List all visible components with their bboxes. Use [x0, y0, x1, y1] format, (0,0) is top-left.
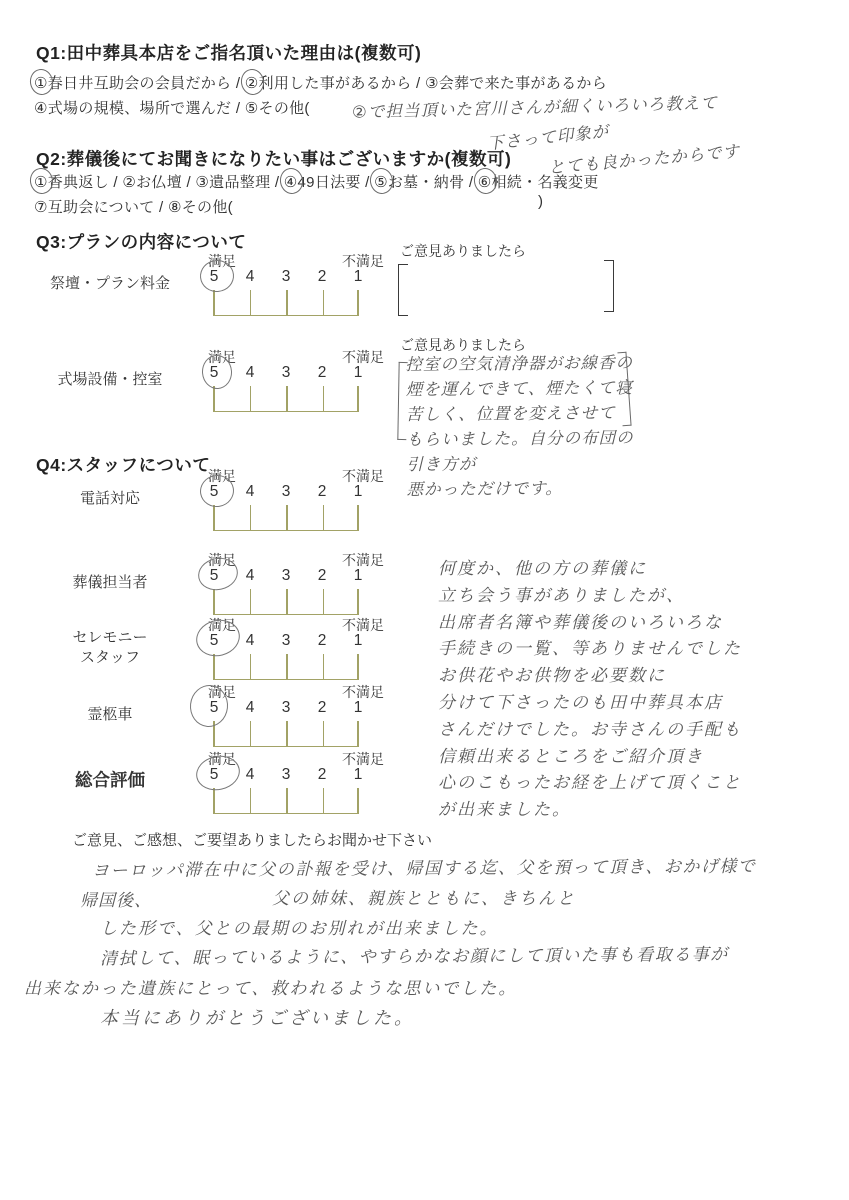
rating-scale: 満足 不満足 54321 [196, 766, 376, 828]
rating-label: 電話対応 [30, 489, 190, 509]
survey-page: Q1:田中葬具本店をご指名頂いた理由は(複数可) ①春日井互助会の会員だから /… [0, 0, 849, 1200]
scale-number: 4 [232, 268, 268, 286]
option-label: 式場の規模、場所で選んだ [48, 100, 232, 117]
option-label: 互助会について [48, 199, 155, 216]
option-number: ④ [34, 99, 48, 117]
scale-number: 3 [268, 766, 304, 784]
q2-options-row1: ①香典返し / ②お仏壇 / ③遺品整理 / ④49日法要 / ⑤お墓・納骨 /… [34, 171, 599, 192]
option-separator: / [155, 199, 168, 216]
rating-label: セレモニー スタッフ [30, 628, 190, 668]
option-separator: / [412, 75, 425, 92]
option-label: お仏壇 [136, 174, 182, 191]
option-number: ① [34, 74, 48, 92]
scale-number: 3 [268, 699, 304, 717]
option-number: ⑦ [34, 198, 48, 216]
handwritten-note: ②で担当頂いた宮川さんが細くいろいろ教えて [352, 91, 718, 126]
scale-number: 2 [304, 766, 340, 784]
rating-row: 電話対応 満足 不満足 54321 [30, 483, 450, 545]
footer-handwritten-line: 本当にありがとうございました。 [100, 1006, 415, 1031]
option-number: ④ [284, 173, 298, 191]
scale-number: 2 [304, 268, 340, 286]
option-label: 会葬で来た事があるから [439, 75, 607, 92]
option-label: 利用した事があるから [259, 75, 412, 92]
scale-comb [213, 290, 359, 316]
scale-number: 1 [340, 567, 376, 585]
rating-label: 祭壇・プラン料金 [30, 274, 190, 294]
option-separator: / [109, 174, 122, 191]
option-separator: / [231, 100, 244, 117]
option-separator: / [182, 174, 195, 191]
option-label: その他( [182, 199, 233, 216]
option-number: ② [245, 74, 259, 92]
scale-comb [213, 788, 359, 814]
scale-number: 2 [304, 364, 340, 382]
footer-handwritten-line: 父の姉妹、親族とともに、きちんと [272, 886, 576, 911]
rating-row: セレモニー スタッフ 満足 不満足 54321 [30, 632, 450, 694]
option-label: 遺品整理 [209, 174, 270, 191]
option-label: 香典返し [48, 174, 109, 191]
footer-handwritten-line: 出来なかった遺族にとって、救われるような思いでした。 [24, 976, 517, 1001]
option-label: 春日井互助会の会員だから [48, 75, 232, 92]
scale-number: 2 [304, 567, 340, 585]
footer-handwritten-line: ヨーロッパ滞在中に父の訃報を受け、帰国する迄、父を預って頂き、おかげ様で [92, 854, 756, 884]
scale-number: 3 [268, 567, 304, 585]
scale-number: 1 [340, 483, 376, 501]
rating-scale: 満足 不満足 54321 [196, 483, 376, 545]
option-label: お墓・納骨 [388, 174, 465, 191]
scale-number: 3 [268, 268, 304, 286]
option-number: ⑤ [374, 173, 388, 191]
footer-handwritten-line: 帰国後、 [80, 888, 152, 913]
rating-label: 式場設備・控室 [30, 370, 190, 390]
scale-number: 1 [340, 268, 376, 286]
scale-number: 4 [232, 699, 268, 717]
q4-title: Q4:スタッフについて [36, 452, 210, 477]
footer-handwritten-line: 清拭して、眠っているように、やすらかなお顔にして頂いた事も看取る事が [100, 942, 729, 971]
rating-row: 式場設備・控室 満足 不満足 54321 [30, 364, 450, 426]
option-number: ① [34, 173, 48, 191]
footer-handwritten-line: した形で、父との最期のお別れが出来ました。 [100, 916, 499, 941]
option-label: その他( [259, 100, 310, 117]
scale-comb [213, 654, 359, 680]
q1-options-row1: ①春日井互助会の会員だから / ②利用した事があるから / ③会葬で来た事がある… [34, 72, 607, 93]
rating-row: 祭壇・プラン料金 満足 不満足 54321 [30, 268, 450, 330]
scale-comb [213, 589, 359, 615]
option-number: ⑤ [245, 99, 259, 117]
scale-number: 3 [268, 364, 304, 382]
scale-number: 2 [304, 699, 340, 717]
scale-number: 2 [304, 483, 340, 501]
option-label: 相続・名義変更 [492, 174, 599, 191]
rating-scale: 満足 不満足 54321 [196, 364, 376, 426]
comment-label: ご意見ありましたら [400, 241, 526, 261]
option-number: ⑧ [168, 198, 182, 216]
close-paren: ) [538, 193, 543, 210]
rating-label: 総合評価 [30, 770, 190, 790]
q2-title: Q2:葬儀後にてお聞きになりたい事はございますか(複数可) [36, 146, 511, 171]
rating-scale: 満足 不満足 54321 [196, 268, 376, 330]
rating-row: 葬儀担当者 満足 不満足 54321 [30, 567, 450, 629]
comment-bracket-right [604, 260, 614, 312]
scale-comb [213, 505, 359, 531]
q1-title: Q1:田中葬具本店をご指名頂いた理由は(複数可) [36, 40, 421, 65]
option-number: ③ [425, 74, 439, 92]
option-number: ③ [195, 173, 209, 191]
rating-row: 霊柩車 満足 不満足 54321 [30, 699, 450, 761]
q1-options-row2: ④式場の規模、場所で選んだ / ⑤その他( [34, 97, 310, 118]
scale-comb [213, 386, 359, 412]
rating-row: 総合評価 満足 不満足 54321 [30, 766, 450, 828]
rating-label: 霊柩車 [30, 705, 190, 725]
option-number: ② [122, 173, 136, 191]
scale-number: 1 [340, 364, 376, 382]
rating-label: 葬儀担当者 [30, 573, 190, 593]
handwritten-note: 何度か、他の方の葬儀に 立ち会う事がありましたが、 出席者名簿や葬儀後のいろいろ… [438, 556, 838, 824]
scale-number: 3 [268, 483, 304, 501]
scale-comb [213, 721, 359, 747]
scale-number: 2 [304, 632, 340, 650]
scale-number: 1 [340, 699, 376, 717]
q2-options-row2: ⑦互助会について / ⑧その他( [34, 196, 233, 217]
option-label: 49日法要 [298, 174, 361, 191]
footer-title: ご意見、ご感想、ご要望ありましたらお聞かせ下さい [72, 829, 432, 850]
scale-number: 4 [232, 483, 268, 501]
scale-number: 1 [340, 632, 376, 650]
scale-number: 3 [268, 632, 304, 650]
option-number: ⑥ [478, 173, 492, 191]
scale-number: 1 [340, 766, 376, 784]
scale-number: 4 [232, 364, 268, 382]
